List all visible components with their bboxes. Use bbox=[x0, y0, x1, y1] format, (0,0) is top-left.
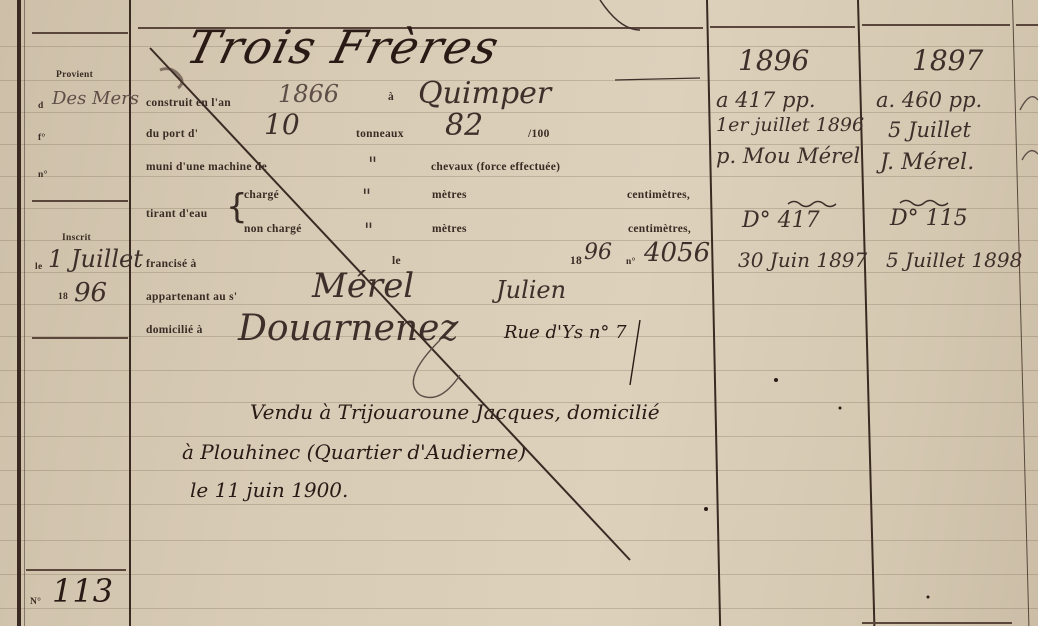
ink-dot bbox=[839, 407, 842, 410]
flourish-stroke bbox=[413, 340, 460, 398]
wavy-underline bbox=[788, 202, 836, 207]
partial-handwriting bbox=[1022, 151, 1038, 160]
ink-dot bbox=[774, 378, 778, 382]
ink-dot bbox=[927, 596, 930, 599]
register-page: Provient d Des Mers f° n° Inscrit le 1 J… bbox=[0, 0, 1038, 626]
flourish-stroke bbox=[615, 78, 700, 80]
flourish-stroke bbox=[630, 320, 640, 385]
cancellation-line bbox=[150, 48, 630, 560]
wavy-underline bbox=[900, 201, 948, 206]
ink-strokes bbox=[0, 0, 1038, 626]
partial-handwriting bbox=[1020, 97, 1038, 110]
ink-dot bbox=[704, 507, 708, 511]
flourish-stroke bbox=[600, 0, 640, 30]
